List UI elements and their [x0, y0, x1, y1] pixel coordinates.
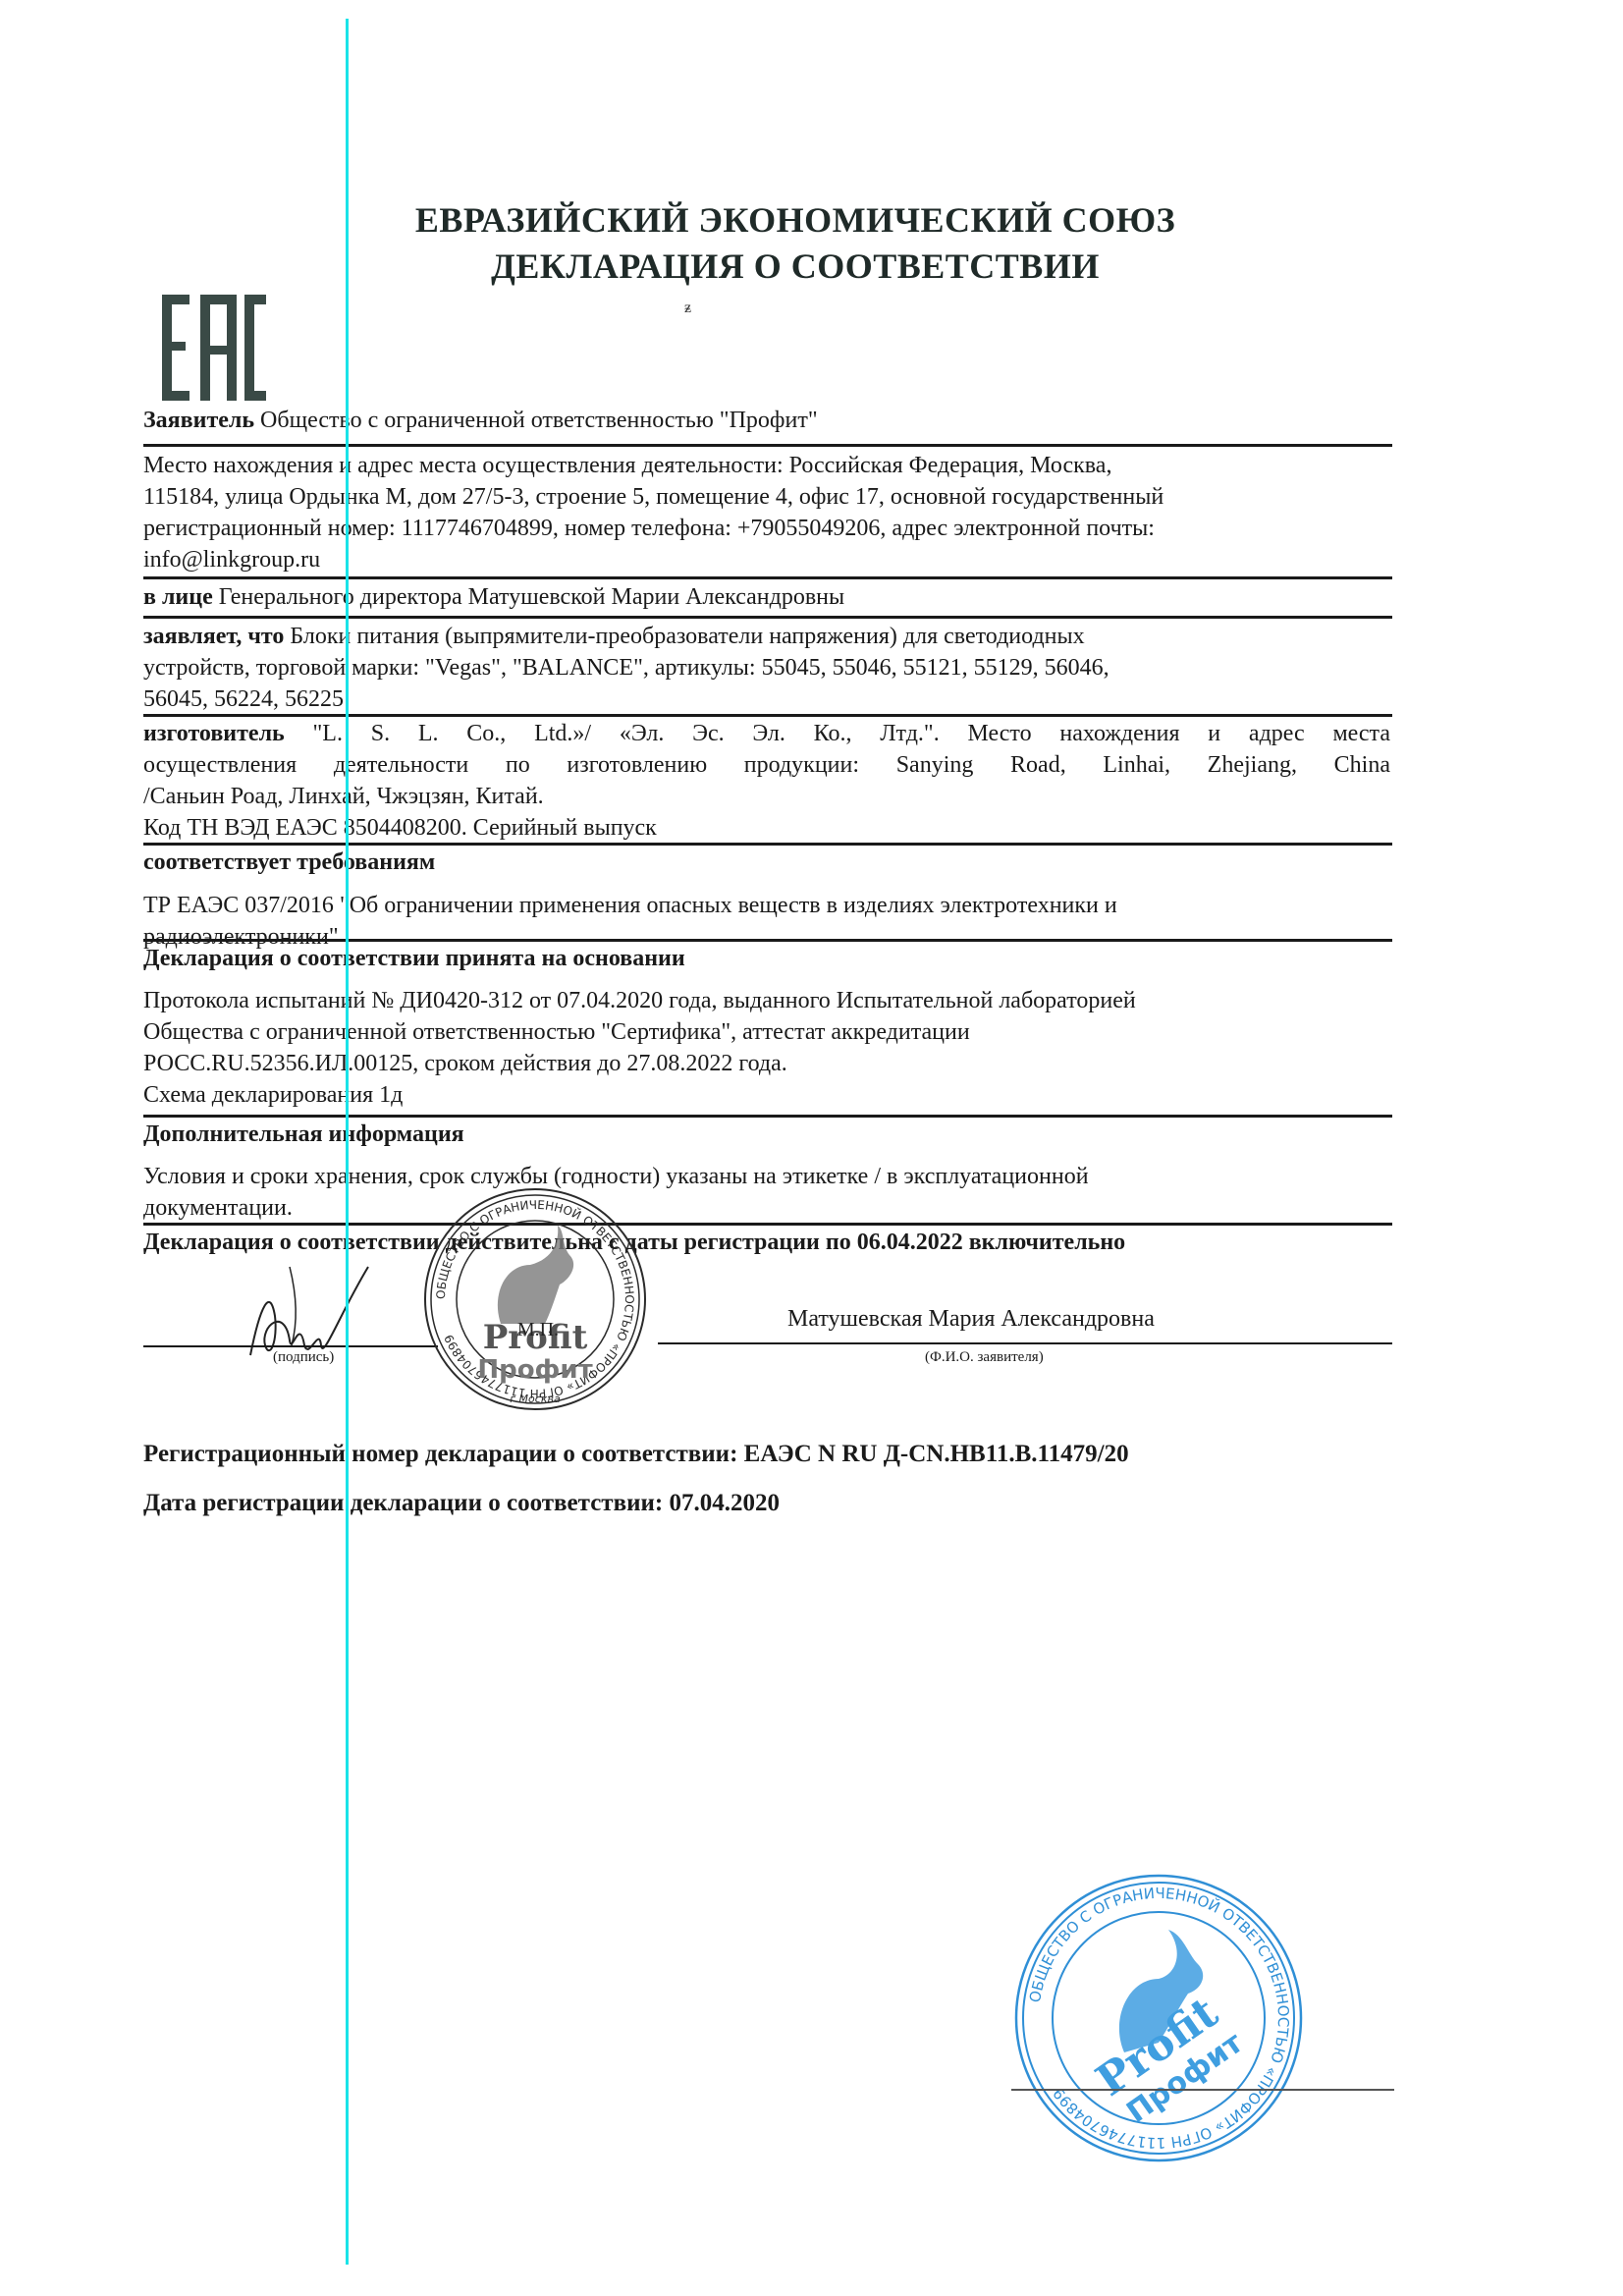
- applicant-label: Заявитель: [143, 408, 254, 433]
- svg-text:г.Москва: г.Москва: [510, 1393, 561, 1405]
- representative-label: в лице: [143, 584, 213, 610]
- hs-code-line: Код ТН ВЭД ЕАЭС 8504408200. Серийный вып…: [143, 812, 1390, 844]
- divider: [143, 444, 1392, 447]
- basis-line: Протокола испытаний № ДИ0420-312 от 07.0…: [143, 985, 1390, 1016]
- requirements-label: соответствует требованиям: [143, 847, 1390, 878]
- regulation-line: ТР ЕАЭС 037/2016 "Об ограничении примене…: [143, 890, 1390, 921]
- manufacturer-label: изготовитель: [143, 721, 285, 746]
- basis-line: Общества с ограниченной ответственностью…: [143, 1016, 1390, 1048]
- name-caption: (Ф.И.О. заявителя): [925, 1349, 1044, 1366]
- additional-line: Условия и сроки хранения, срок службы (г…: [143, 1161, 1390, 1192]
- basis-block: Протокола испытаний № ДИ0420-312 от 07.0…: [143, 985, 1390, 1111]
- registration-number-label: Регистрационный номер декларации о соотв…: [143, 1441, 744, 1467]
- registration-number-row: Регистрационный номер декларации о соотв…: [143, 1439, 1390, 1470]
- manufacturer-line: "L. S. L. Co., Ltd.»/ «Эл. Эс. Эл. Ко., …: [285, 721, 1390, 746]
- address-block: Место нахождения и адрес места осуществл…: [143, 450, 1390, 575]
- basis-line: РОСС.RU.52356.ИЛ.00125, сроком действия …: [143, 1048, 1390, 1079]
- svg-text:М.П.: М.П.: [517, 1319, 559, 1340]
- manufacturer-line: осуществления деятельности по изготовлен…: [143, 749, 1390, 781]
- company-stamp-black: ОБЩЕСТВО С ОГРАНИЧЕННОЙ ОТВЕТСТВЕННОСТЬЮ…: [422, 1186, 648, 1412]
- divider: [143, 616, 1392, 619]
- document-title: ДЕКЛАРАЦИЯ О СООТВЕТСТВИИ: [59, 246, 1532, 287]
- divider: [143, 714, 1392, 717]
- additional-label: Дополнительная информация: [143, 1119, 1390, 1150]
- elephant-icon: [498, 1226, 573, 1324]
- registration-number: ЕАЭС N RU Д-CN.НВ11.В.11479/20: [744, 1441, 1129, 1467]
- signature-line: [143, 1345, 438, 1347]
- representative-value: Генерального директора Матушевской Марии…: [213, 584, 844, 610]
- divider: [143, 939, 1392, 942]
- signature-caption: (подпись): [273, 1349, 334, 1366]
- scan-mark: ᵶ: [684, 300, 691, 317]
- divider: [143, 1115, 1392, 1118]
- address-line: 115184, улица Ордынка М, дом 27/5-3, стр…: [143, 481, 1390, 513]
- page-edge-line: [1011, 2089, 1394, 2091]
- product-line: 56045, 56224, 56225: [143, 683, 1390, 715]
- divider: [143, 1223, 1392, 1226]
- address-line: регистрационный номер: 1117746704899, но…: [143, 513, 1390, 544]
- manufacturer-block: изготовитель "L. S. L. Co., Ltd.»/ «Эл. …: [143, 718, 1390, 844]
- svg-text:Профит: Профит: [477, 1355, 592, 1385]
- declares-label: заявляет, что: [143, 624, 284, 649]
- representative-row: в лице Генерального директора Матушевско…: [143, 581, 1390, 613]
- applicant-row: Заявитель Общество с ограниченной ответс…: [143, 405, 1390, 436]
- additional-line: документации.: [143, 1192, 1390, 1224]
- applicant-value: Общество с ограниченной ответственностью…: [254, 408, 818, 433]
- address-line: Место нахождения и адрес места осуществл…: [143, 450, 1390, 481]
- company-stamp-blue: ОБЩЕСТВО С ОГРАНИЧЕННОЙ ОТВЕТСТВЕННОСТЬЮ…: [1011, 1871, 1306, 2165]
- divider: [143, 576, 1392, 579]
- scan-artifact-line: [346, 19, 349, 2265]
- basis-label: Декларация о соответствии принята на осн…: [143, 943, 1390, 974]
- divider: [143, 843, 1392, 846]
- applicant-name: Матушевская Мария Александровна: [787, 1306, 1155, 1333]
- email-text: info@linkgroup.ru: [143, 544, 1390, 575]
- additional-block: Условия и сроки хранения, срок службы (г…: [143, 1161, 1390, 1224]
- registration-date-row: Дата регистрации декларации о соответств…: [143, 1488, 1390, 1519]
- product-line: устройств, торговой марки: "Vegas", "BAL…: [143, 652, 1390, 683]
- registration-date-label: Дата регистрации декларации о соответств…: [143, 1490, 669, 1516]
- declares-block: заявляет, что Блоки питания (выпрямители…: [143, 621, 1390, 715]
- product-line: Блоки питания (выпрямители-преобразовате…: [284, 624, 1084, 649]
- manufacturer-line: /Саньин Роад, Линхай, Чжэцзян, Китай.: [143, 781, 1390, 812]
- eac-logo-icon: [162, 295, 266, 401]
- registration-date: 07.04.2020: [669, 1490, 780, 1516]
- name-line: [658, 1342, 1392, 1344]
- union-title: ЕВРАЗИЙСКИЙ ЭКОНОМИЧЕСКИЙ СОЮЗ: [59, 199, 1532, 241]
- scheme-line: Схема декларирования 1д: [143, 1079, 1390, 1111]
